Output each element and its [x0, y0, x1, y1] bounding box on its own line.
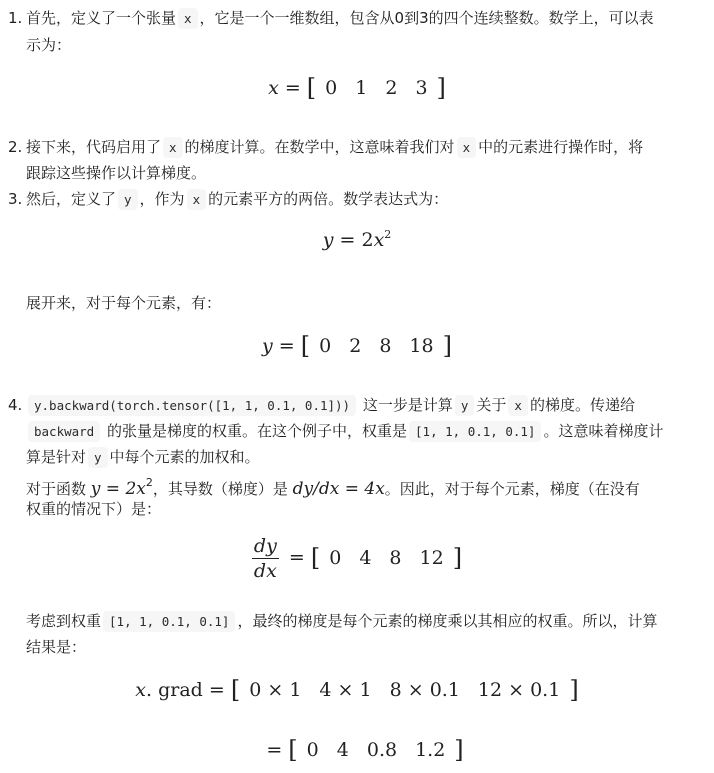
text: ，其导数（梯度）是 [153, 480, 288, 498]
text: 的梯度计算。在数学中，这意味着我们对 [185, 138, 455, 156]
math-eq: = [285, 77, 301, 99]
math-coef: 2 [361, 229, 373, 251]
vector-element: 8 × 0.1 [390, 679, 460, 701]
text: 的张量是梯度的权重。在这个例子中，权重是 [107, 422, 407, 440]
vector-element: 12 [420, 547, 444, 569]
inline-code: backward [28, 421, 100, 442]
inline-code: x [178, 8, 198, 29]
paragraph-line: 展开来，对于每个元素，有： [26, 290, 221, 316]
text: 算是针对 [26, 448, 86, 466]
paragraph-line: y.backward(torch.tensor([1, 1, 0.1, 0.1]… [26, 392, 635, 418]
inline-code: x [457, 137, 477, 158]
document: 1. 首先，定义了一个张量x，它是一个一维数组，包含从0到3的四个连续整数。数学… [0, 0, 714, 773]
inline-code: [1, 1, 0.1, 0.1] [409, 421, 541, 442]
math-var: y [323, 229, 334, 251]
text: 。这意味着梯度计 [543, 422, 663, 440]
vector-element: 18 [409, 335, 433, 357]
vector-element: 0 × 1 [249, 679, 301, 701]
vector-element: 8 [389, 547, 401, 569]
text: 首先，定义了一个张量 [26, 9, 176, 27]
math-var: x [374, 229, 385, 251]
equation-grad: x. grad = [0 × 14 × 18 × 0.112 × 0.1] [0, 676, 714, 704]
math-eq: = [209, 679, 225, 701]
text: 中的元素进行操作时，将 [478, 138, 643, 156]
vector-element: 0 [319, 335, 331, 357]
inline-math: dy/dx = 4x [293, 479, 385, 499]
vector-element: 4 × 1 [319, 679, 371, 701]
equation-y: y = 2x2 [0, 228, 714, 251]
paragraph-line: 权重的情况下）是： [26, 496, 161, 522]
vector-element: 3 [415, 77, 427, 99]
inline-code: [1, 1, 0.1, 0.1] [103, 611, 235, 632]
paragraph-line: 首先，定义了一个张量x，它是一个一维数组，包含从0到3的四个连续整数。数学上，可… [26, 5, 654, 31]
paragraph-line: 算是针对y中每个元素的加权和。 [26, 444, 260, 470]
vector: [04812] [311, 544, 462, 572]
vector-element: 0.8 [367, 739, 397, 761]
paragraph-line: 考虑到权重[1, 1, 0.1, 0.1]，最终的梯度是每个元素的梯度乘以其相应… [26, 608, 657, 634]
text: 接下来，代码启用了 [26, 138, 161, 156]
math-var: x [135, 679, 146, 701]
vector-element: 0 [329, 547, 341, 569]
vector: [040.81.2] [288, 736, 463, 764]
text: ，作为 [140, 190, 185, 208]
text: 中每个元素的加权和。 [110, 448, 260, 466]
vector-element: 2 [349, 335, 361, 357]
inline-code: x [187, 189, 207, 210]
vector-element: 1 [355, 77, 367, 99]
vector-element: 8 [379, 335, 391, 357]
vector-element: 12 × 0.1 [478, 679, 560, 701]
math-var: y [262, 335, 273, 357]
list-number: 3. [8, 186, 22, 212]
paragraph-line: 跟踪这些操作以计算梯度。 [26, 160, 206, 186]
text: 这一步是计算 [363, 396, 453, 414]
inline-code: x [508, 395, 528, 416]
text: 的元素平方的两倍。数学表达式为： [208, 190, 448, 208]
inline-code: x [163, 137, 183, 158]
text: 。因此，对于每个元素，梯度（在没有 [385, 480, 640, 498]
vector-element: 0 [307, 739, 319, 761]
text: 考虑到权重 [26, 612, 101, 630]
equation-grad-result: = [040.81.2] [8, 736, 714, 764]
text: 关于 [476, 396, 506, 414]
paragraph-line: 对于函数 y = 2x2，其导数（梯度）是 dy/dx = 4x。因此，对于每个… [26, 470, 640, 496]
fraction: dydx [252, 534, 279, 583]
vector: [0 × 14 × 18 × 0.112 × 0.1] [231, 676, 579, 704]
math-eq: = [279, 335, 295, 357]
text: 然后，定义了 [26, 190, 116, 208]
vector-element: 1.2 [415, 739, 445, 761]
text: 的梯度。传递给 [530, 396, 635, 414]
list-number: 4. [8, 392, 22, 418]
math-exponent: 2 [146, 476, 153, 489]
denominator: dx [252, 559, 279, 583]
math-eq: = [266, 739, 282, 761]
text: ，它是一个一维数组，包含从0到3的四个连续整数。数学上，可以表 [200, 9, 654, 27]
paragraph-line: 结果是： [26, 634, 86, 660]
math-exponent: 2 [384, 228, 391, 241]
inline-code: y [118, 189, 138, 210]
equation-derivative: dydx = [04812] [0, 534, 714, 583]
text: ，最终的梯度是每个元素的梯度乘以其相应的权重。所以，计算 [237, 612, 657, 630]
inline-code: y [455, 395, 475, 416]
equation-x: x = [0123] [0, 74, 714, 102]
math-eq: = [340, 229, 356, 251]
inline-code: y.backward(torch.tensor([1, 1, 0.1, 0.1]… [28, 395, 356, 416]
equation-y-expanded: y = [02818] [0, 332, 714, 360]
vector: [0123] [307, 74, 446, 102]
vector-element: 4 [359, 547, 371, 569]
paragraph-line: 接下来，代码启用了x的梯度计算。在数学中，这意味着我们对x中的元素进行操作时，将 [26, 134, 643, 160]
vector-element: 2 [385, 77, 397, 99]
math-eq: = [289, 547, 305, 569]
paragraph-line: 然后，定义了y，作为x的元素平方的两倍。数学表达式为： [26, 186, 448, 212]
vector: [02818] [301, 332, 452, 360]
paragraph-line: 示为： [26, 32, 71, 58]
math-var: x [268, 77, 279, 99]
list-number: 2. [8, 134, 22, 160]
inline-code: y [88, 447, 108, 468]
vector-element: 0 [325, 77, 337, 99]
list-number: 1. [8, 5, 22, 31]
math-attr: . grad [146, 679, 203, 701]
paragraph-line: backward 的张量是梯度的权重。在这个例子中，权重是[1, 1, 0.1,… [26, 418, 663, 444]
vector-element: 4 [337, 739, 349, 761]
numerator: dy [252, 534, 279, 559]
